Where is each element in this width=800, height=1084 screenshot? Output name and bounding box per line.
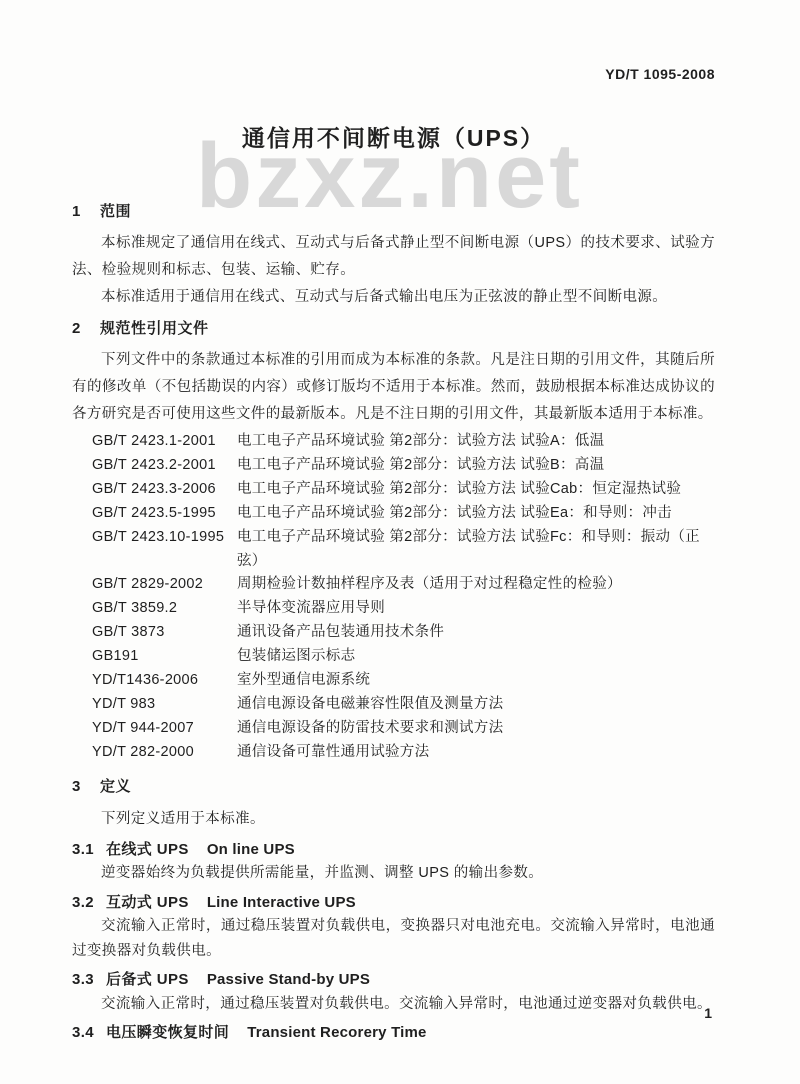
reference-item: GB/T 2829-2002周期检验计数抽样程序及表（适用于对过程稳定性的检验） [92,573,715,597]
reference-code: GB/T 2423.3-2006 [92,478,237,502]
reference-item: YD/T 282-2000通信设备可靠性通用试验方法 [92,741,715,765]
section-title: 范围 [100,203,131,220]
reference-item: GB/T 2423.1-2001电工电子产品环境试验 第2部分：试验方法 试验A… [92,430,715,454]
reference-title: 包装储运图示标志 [237,645,715,669]
reference-title: 电工电子产品环境试验 第2部分：试验方法 试验Ea：和导则：冲击 [237,502,715,526]
definition-number: 3.1 [72,838,106,862]
reference-item: YD/T 983通信电源设备电磁兼容性限值及测量方法 [92,693,715,717]
section-title: 规范性引用文件 [100,320,209,337]
definition-3-2-heading: 3.2互动式 UPSLine Interactive UPS [72,891,715,915]
page-content: YD/T 1095-2008 通信用不间断电源（UPS） 1范围 本标准规定了通… [0,0,800,1045]
section-number: 1 [72,201,100,222]
definition-term-zh: 后备式 UPS [106,971,189,988]
reference-code: GB/T 2423.1-2001 [92,430,237,454]
reference-item: GB/T 2423.10-1995电工电子产品环境试验 第2部分：试验方法 试验… [92,526,715,574]
definition-term-en: Transient Recorery Time [247,1024,426,1041]
reference-item: GB/T 2423.5-1995电工电子产品环境试验 第2部分：试验方法 试验E… [92,502,715,526]
definition-term-zh: 电压瞬变恢复时间 [106,1024,229,1041]
reference-code: YD/T 983 [92,693,237,717]
document-title: 通信用不间断电源（UPS） [72,122,715,154]
reference-title: 通信电源设备的防雷技术要求和测试方法 [237,717,715,741]
definition-term-en: Passive Stand-by UPS [207,971,370,988]
reference-title: 电工电子产品环境试验 第2部分：试验方法 试验Cab：恒定湿热试验 [237,478,715,502]
scope-paragraph-2: 本标准适用于通信用在线式、互动式与后备式输出电压为正弦波的静止型不间断电源。 [72,284,715,311]
definition-3-1-heading: 3.1在线式 UPSOn line UPS [72,838,715,862]
section-number: 3 [72,776,100,797]
reference-code: GB191 [92,645,237,669]
references-intro: 下列文件中的条款通过本标准的引用而成为本标准的条款。凡是注日期的引用文件，其随后… [72,347,715,428]
reference-item: YD/T 944-2007通信电源设备的防雷技术要求和测试方法 [92,717,715,741]
reference-item: GB/T 2423.2-2001电工电子产品环境试验 第2部分：试验方法 试验B… [92,454,715,478]
definition-term-en: Line Interactive UPS [207,894,356,911]
standard-number: YD/T 1095-2008 [72,64,715,84]
document-page: bzxz.net YD/T 1095-2008 通信用不间断电源（UPS） 1范… [0,0,800,1084]
definitions-intro: 下列定义适用于本标准。 [72,806,715,833]
definition-number: 3.4 [72,1021,106,1045]
section-title: 定义 [100,778,131,795]
definition-3-2-body: 交流输入正常时，通过稳压装置对负载供电，变换器只对电池充电。交流输入异常时，电池… [72,914,715,963]
reference-title: 通讯设备产品包装通用技术条件 [237,621,715,645]
reference-code: GB/T 2423.10-1995 [92,526,237,574]
section-definitions-heading: 3定义 [72,776,715,797]
section-references-heading: 2规范性引用文件 [72,318,715,339]
definition-number: 3.3 [72,968,106,992]
reference-title: 半导体变流器应用导则 [237,597,715,621]
reference-item: GB/T 3859.2半导体变流器应用导则 [92,597,715,621]
definition-number: 3.2 [72,891,106,915]
definition-term-en: On line UPS [207,841,295,858]
scope-paragraph-1: 本标准规定了通信用在线式、互动式与后备式静止型不间断电源（UPS）的技术要求、试… [72,230,715,284]
reference-item: GB/T 2423.3-2006电工电子产品环境试验 第2部分：试验方法 试验C… [92,478,715,502]
reference-code: YD/T1436-2006 [92,669,237,693]
reference-code: GB/T 2423.2-2001 [92,454,237,478]
reference-item: GB191包装储运图示标志 [92,645,715,669]
reference-title: 电工电子产品环境试验 第2部分：试验方法 试验Fc：和导则：振动（正弦） [237,526,715,574]
definition-3-4-heading: 3.4电压瞬变恢复时间Transient Recorery Time [72,1021,715,1045]
reference-title: 电工电子产品环境试验 第2部分：试验方法 试验A：低温 [237,430,715,454]
reference-title: 电工电子产品环境试验 第2部分：试验方法 试验B：高温 [237,454,715,478]
reference-title: 周期检验计数抽样程序及表（适用于对过程稳定性的检验） [237,573,715,597]
definition-term-zh: 互动式 UPS [106,894,189,911]
reference-item: GB/T 3873通讯设备产品包装通用技术条件 [92,621,715,645]
definition-term-zh: 在线式 UPS [106,841,189,858]
section-number: 2 [72,318,100,339]
definition-3-1-body: 逆变器始终为负载提供所需能量，并监测、调整 UPS 的输出参数。 [72,861,715,886]
reference-code: YD/T 944-2007 [92,717,237,741]
reference-code: GB/T 2423.5-1995 [92,502,237,526]
reference-code: GB/T 3859.2 [92,597,237,621]
reference-list: GB/T 2423.1-2001电工电子产品环境试验 第2部分：试验方法 试验A… [92,430,715,765]
reference-title: 室外型通信电源系统 [237,669,715,693]
reference-item: YD/T1436-2006室外型通信电源系统 [92,669,715,693]
definition-3-3-heading: 3.3后备式 UPSPassive Stand-by UPS [72,968,715,992]
page-number: 1 [704,1005,712,1021]
reference-code: GB/T 2829-2002 [92,573,237,597]
reference-code: YD/T 282-2000 [92,741,237,765]
reference-title: 通信电源设备电磁兼容性限值及测量方法 [237,693,715,717]
section-scope-heading: 1范围 [72,201,715,222]
reference-title: 通信设备可靠性通用试验方法 [237,741,715,765]
reference-code: GB/T 3873 [92,621,237,645]
definition-3-3-body: 交流输入正常时，通过稳压装置对负载供电。交流输入异常时，电池通过逆变器对负载供电… [72,992,715,1017]
